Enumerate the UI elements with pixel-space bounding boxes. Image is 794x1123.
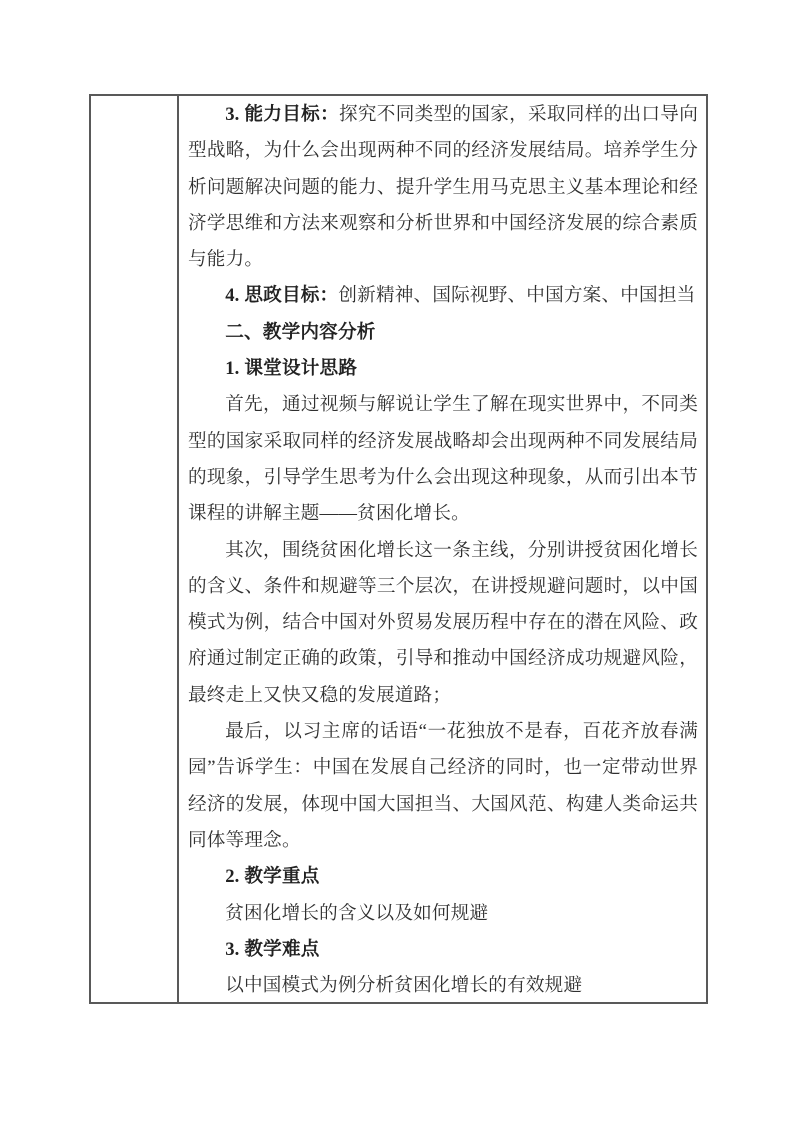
paragraph-ability-goal: 3. 能力目标：探究不同类型的国家，采取同样的出口导向型战略，为什么会出现两种不…	[188, 97, 698, 278]
paragraph-difficulties-content: 以中国模式为例分析贫困化增长的有效规避	[188, 968, 698, 1002]
difficulties-text: 以中国模式为例分析贫困化增长的有效规避	[225, 975, 582, 996]
ideology-goal-label: 4. 思政目标：	[225, 285, 338, 306]
paragraph-secondly: 其次，围绕贫困化增长这一条主线，分别讲授贫困化增长的含义、条件和规避等三个层次，…	[188, 533, 698, 714]
key-points-label: 2. 教学重点	[225, 866, 319, 887]
ideology-goal-text: 创新精神、国际视野、中国方案、中国担当	[338, 285, 695, 306]
paragraph-ideology-goal: 4. 思政目标：创新精神、国际视野、中国方案、中国担当	[188, 278, 698, 314]
table-left-cell	[91, 96, 179, 1002]
heading-section-two-content-analysis: 二、教学内容分析	[188, 315, 698, 351]
table-content-cell: 3. 能力目标：探究不同类型的国家，采取同样的出口导向型战略，为什么会出现两种不…	[179, 96, 706, 1002]
ability-goal-text: 探究不同类型的国家，采取同样的出口导向型战略，为什么会出现两种不同的经济发展结局…	[188, 104, 698, 270]
document-page: 3. 能力目标：探究不同类型的国家，采取同样的出口导向型战略，为什么会出现两种不…	[0, 0, 794, 1123]
difficulties-label: 3. 教学难点	[225, 939, 319, 960]
lesson-plan-table: 3. 能力目标：探究不同类型的国家，采取同样的出口导向型战略，为什么会出现两种不…	[89, 94, 708, 1004]
secondly-text: 其次，围绕贫困化增长这一条主线，分别讲授贫困化增长的含义、条件和规避等三个层次，…	[188, 540, 698, 706]
finally-text: 最后，以习主席的话语“一花独放不是春，百花齐放春满园”告诉学生：中国在发展自己经…	[188, 721, 698, 851]
heading-teaching-difficulties: 3. 教学难点	[188, 932, 698, 968]
paragraph-finally: 最后，以习主席的话语“一花独放不是春，百花齐放春满园”告诉学生：中国在发展自己经…	[188, 714, 698, 859]
heading-teaching-key-points: 2. 教学重点	[188, 859, 698, 895]
heading-classroom-design-ideas: 1. 课堂设计思路	[188, 351, 698, 387]
classroom-design-label: 1. 课堂设计思路	[225, 358, 357, 379]
firstly-text: 首先，通过视频与解说让学生了解在现实世界中，不同类型的国家采取同样的经济发展战略…	[188, 394, 698, 524]
ability-goal-label: 3. 能力目标：	[225, 104, 339, 125]
section-two-label: 二、教学内容分析	[225, 322, 375, 343]
paragraph-key-points-content: 贫困化增长的含义以及如何规避	[188, 896, 698, 932]
paragraph-firstly: 首先，通过视频与解说让学生了解在现实世界中，不同类型的国家采取同样的经济发展战略…	[188, 387, 698, 532]
key-points-text: 贫困化增长的含义以及如何规避	[225, 903, 488, 924]
